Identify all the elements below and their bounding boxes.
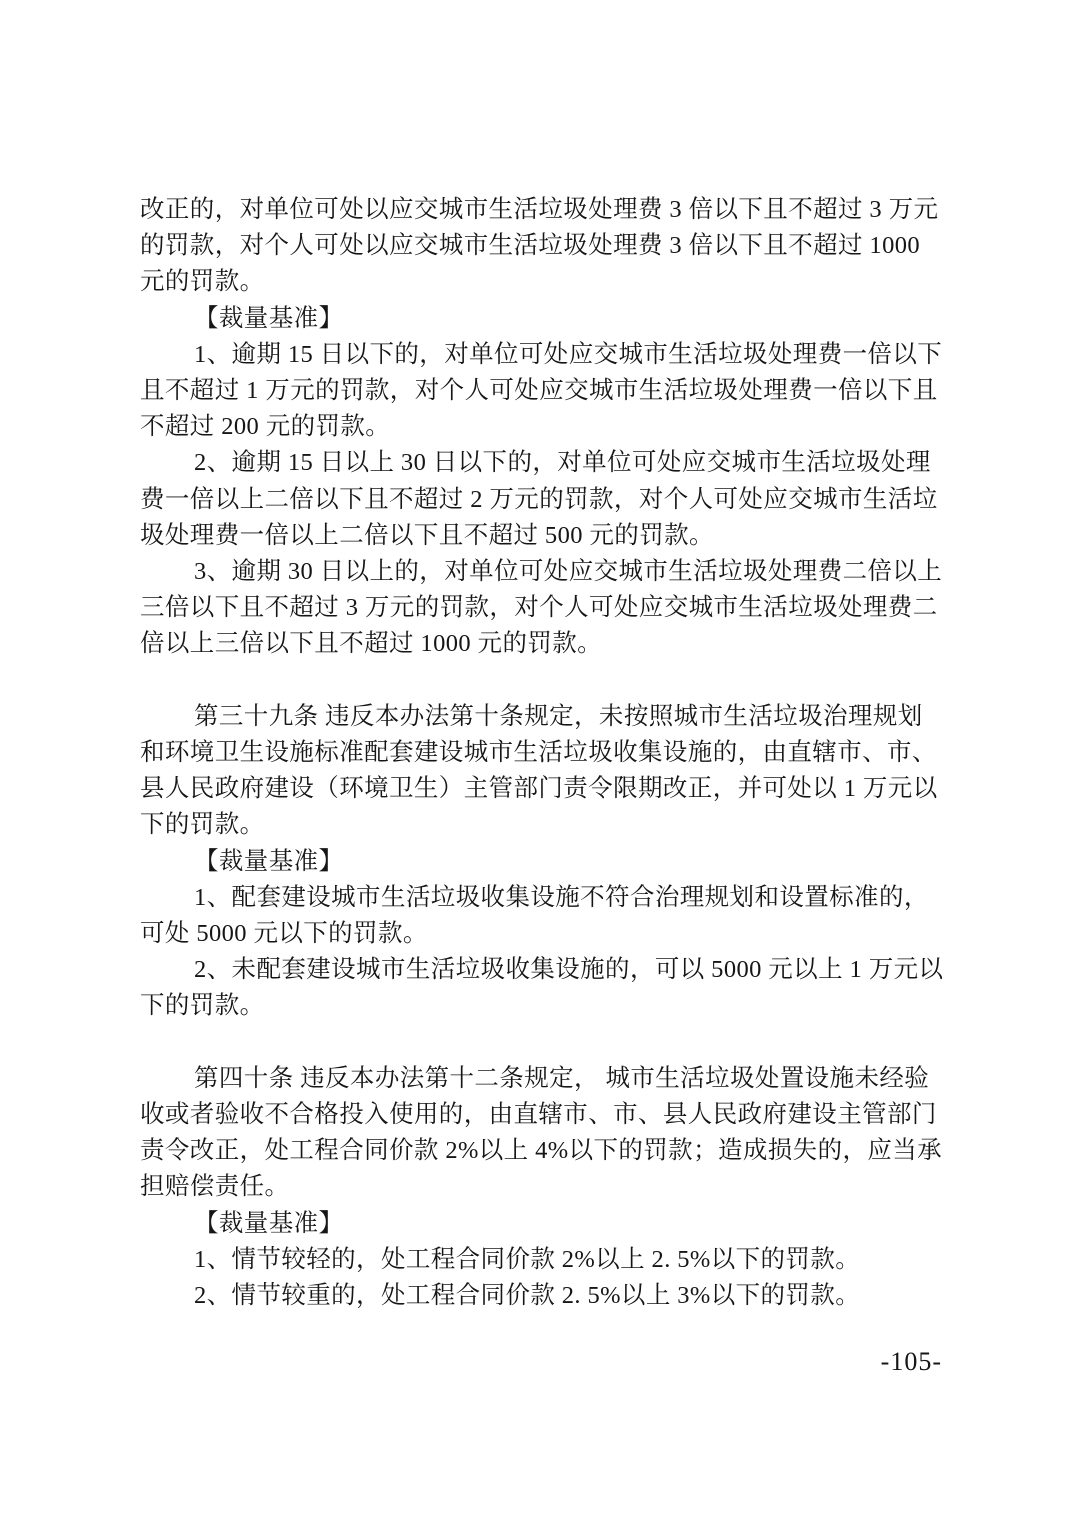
discretion-item-40-2: 2、情节较重的，处工程合同价款 2. 5%以上 3%以下的罚款。: [140, 1278, 962, 1314]
discretion-basis-heading-article-40: 【裁量基准】: [140, 1206, 962, 1242]
discretion-basis-heading-article-39: 【裁量基准】: [140, 844, 962, 880]
paragraph-article-38-penalty-continuation: 改正的，对单位可处以应交城市生活垃圾处理费 3 倍以下且不超过 3 万元 的罚款…: [140, 192, 962, 301]
paragraph-article-40: 第四十条 违反本办法第十二条规定， 城市生活垃圾处置设施未经验 收或者验收不合格…: [140, 1061, 962, 1206]
discretion-item-39-2: 2、未配套建设城市生活垃圾收集设施的，可以 5000 元以上 1 万元以 下的罚…: [140, 952, 962, 1024]
paragraph-article-39: 第三十九条 违反本办法第十条规定，未按照城市生活垃圾治理规划 和环境卫生设施标准…: [140, 699, 962, 844]
discretion-item-39-1: 1、配套建设城市生活垃圾收集设施不符合治理规划和设置标准的， 可处 5000 元…: [140, 880, 962, 952]
discretion-item-38-1: 1、逾期 15 日以下的，对单位可处应交城市生活垃圾处理费一倍以下 且不超过 1…: [140, 337, 962, 446]
discretion-item-38-2: 2、逾期 15 日以上 30 日以下的，对单位可处应交城市生活垃圾处理 费一倍以…: [140, 445, 962, 554]
page-number: -105-: [881, 1344, 942, 1380]
discretion-item-38-3: 3、逾期 30 日以上的，对单位可处应交城市生活垃圾处理费二倍以上 三倍以下且不…: [140, 554, 962, 663]
document-body: 改正的，对单位可处以应交城市生活垃圾处理费 3 倍以下且不超过 3 万元 的罚款…: [140, 192, 962, 1314]
discretion-basis-heading-article-38: 【裁量基准】: [140, 301, 962, 337]
discretion-item-40-1: 1、情节较轻的，处工程合同价款 2%以上 2. 5%以下的罚款。: [140, 1242, 962, 1278]
document-page: 改正的，对单位可处以应交城市生活垃圾处理费 3 倍以下且不超过 3 万元 的罚款…: [0, 0, 1075, 1520]
